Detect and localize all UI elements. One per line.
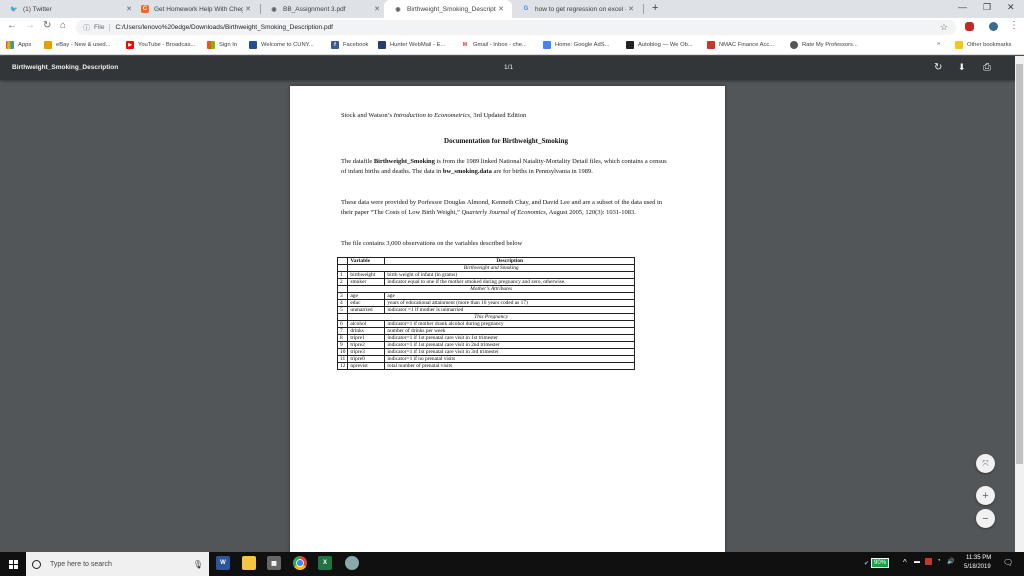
scheme-label: File bbox=[94, 24, 110, 31]
star-icon[interactable]: ☆ bbox=[940, 22, 948, 33]
print-icon[interactable]: ⎙ bbox=[983, 62, 991, 73]
page-indicator: 1/1 bbox=[504, 64, 513, 71]
network-icon[interactable]: ▬ bbox=[914, 559, 920, 565]
menu-icon[interactable]: ⋮ bbox=[1009, 20, 1019, 31]
wifi-icon[interactable]: ◔ bbox=[937, 558, 941, 564]
bookmark-google-adsense[interactable]: Home: Google AdS... bbox=[543, 41, 609, 49]
minimize-button[interactable]: — bbox=[958, 2, 967, 12]
excel-app-icon[interactable]: X bbox=[318, 556, 332, 570]
table-section-row: Mother’s Attributes bbox=[338, 286, 635, 293]
table-row: 2smokerindicator equal to one if the mot… bbox=[338, 279, 635, 286]
table-row: 10tripre3indicator=1 if 1st prenatal car… bbox=[338, 349, 635, 356]
search-input[interactable]: Type here to search bbox=[50, 561, 193, 568]
facebook-icon: f bbox=[331, 41, 339, 49]
cortana-icon bbox=[32, 560, 41, 569]
home-button[interactable]: ⌂ bbox=[60, 20, 66, 31]
variables-table: Variable Description Birthweight and Smo… bbox=[337, 257, 635, 370]
paragraph-observations: The file contains 3,000 observations on … bbox=[341, 239, 671, 249]
tab-strip: 🐦 (1) Twitter ✕ C Get Homework Help With… bbox=[0, 0, 1024, 18]
document-title: Documentation for Birthweight_Smoking bbox=[341, 137, 671, 147]
taskbar-search[interactable]: Type here to search 🎙 bbox=[26, 552, 209, 576]
globe-icon: ◉ bbox=[394, 5, 402, 13]
scrollbar-thumb[interactable] bbox=[1016, 64, 1023, 464]
table-section-row: Birthweight and Smoking bbox=[338, 265, 635, 272]
close-tab-icon[interactable]: ✕ bbox=[243, 5, 253, 13]
microsoft-icon bbox=[207, 41, 215, 49]
bookmark-facebook[interactable]: fFacebook bbox=[331, 41, 368, 49]
start-button[interactable] bbox=[9, 560, 18, 569]
table-row: 4educyears of educational attainment (mo… bbox=[338, 300, 635, 307]
google-icon: G bbox=[522, 5, 530, 13]
file-explorer-icon[interactable] bbox=[242, 556, 256, 570]
bookmark-nmac[interactable]: NMAC Finance Acc... bbox=[707, 41, 774, 49]
address-bar[interactable]: ⓘ File C:/Users/lenovo%20edge/Downloads/… bbox=[76, 20, 956, 35]
chrome-app-icon[interactable] bbox=[293, 556, 307, 570]
calculator-icon[interactable]: ▦ bbox=[267, 556, 281, 570]
zoom-out-button[interactable]: − bbox=[976, 509, 995, 528]
plus-icon: + bbox=[982, 490, 988, 502]
bookmark-youtube[interactable]: ▶YouTube - Broadcas... bbox=[126, 41, 195, 49]
chegg-icon: C bbox=[141, 5, 149, 13]
table-row: 5unmarriedindicator =1 if mother is unma… bbox=[338, 307, 635, 314]
bookmark-gmail[interactable]: MGmail - Inbox - che... bbox=[461, 41, 527, 49]
folder-icon bbox=[955, 41, 963, 49]
paragraph-provenance: These data were provided by Porfessor Do… bbox=[341, 198, 671, 217]
globe-icon bbox=[790, 41, 798, 49]
close-tab-icon[interactable]: ✕ bbox=[496, 5, 506, 13]
table-row: 11tripre0indicator=1 if no prenatal visi… bbox=[338, 356, 635, 363]
table-row: 8tripre1indicator=1 if 1st prenatal care… bbox=[338, 335, 635, 342]
pdf-page: Stock and Watson’s Introduction to Econo… bbox=[290, 86, 725, 556]
table-header-row: Variable Description bbox=[338, 258, 635, 265]
bookmarks-bar: Apps eBay - New & used... ▶YouTube - Bro… bbox=[0, 37, 1024, 55]
reload-button[interactable]: ↻ bbox=[43, 20, 51, 31]
close-window-button[interactable]: ✕ bbox=[1007, 2, 1015, 13]
table-section-row: This Pregnancy bbox=[338, 314, 635, 321]
clock-date[interactable]: 5/18/2019 bbox=[964, 564, 991, 570]
globe-icon: ◉ bbox=[270, 5, 278, 13]
chevron-up-icon[interactable]: ^ bbox=[903, 558, 907, 567]
tab-chegg[interactable]: C Get Homework Help With Chegg ✕ bbox=[131, 0, 259, 18]
section-title: Mother’s Attributes bbox=[348, 286, 635, 293]
url-text[interactable]: C:/Users/lenovo%20edge/Downloads/Birthwe… bbox=[115, 24, 333, 31]
clock-time[interactable]: 11:35 PM bbox=[966, 555, 991, 561]
bookmark-apps[interactable]: Apps bbox=[6, 41, 31, 49]
close-tab-icon[interactable]: ✕ bbox=[372, 5, 382, 13]
cuny-icon bbox=[249, 41, 257, 49]
bookmark-ebay[interactable]: eBay - New & used... bbox=[44, 41, 110, 49]
bookmarks-overflow[interactable]: » bbox=[937, 41, 940, 47]
tab-google-search[interactable]: G how to get regression on excel - ✕ bbox=[512, 0, 642, 18]
info-icon[interactable]: ⓘ bbox=[83, 23, 90, 33]
app-tray-icon[interactable] bbox=[925, 558, 932, 565]
forward-button[interactable]: → bbox=[25, 20, 35, 31]
bookmark-autoblog[interactable]: Autoblog — We Ob... bbox=[626, 41, 693, 49]
plug-icon: ✔ bbox=[864, 560, 869, 567]
battery-indicator[interactable]: ✔ 90% bbox=[864, 558, 889, 568]
word-app-icon[interactable]: W bbox=[216, 556, 230, 570]
battery-level: 90% bbox=[871, 558, 889, 568]
browser-toolbar: ← → ↻ ⌂ ⓘ File C:/Users/lenovo%20edge/Do… bbox=[0, 18, 1024, 37]
other-bookmarks[interactable]: Other bookmarks bbox=[955, 41, 1011, 49]
tab-bb-assignment[interactable]: ◉ BB_Assignment 3.pdf ✕ bbox=[260, 0, 388, 18]
tab-twitter[interactable]: 🐦 (1) Twitter ✕ bbox=[0, 0, 140, 18]
twitter-icon: 🐦 bbox=[10, 5, 18, 13]
close-tab-icon[interactable]: ✕ bbox=[626, 5, 636, 13]
hunter-icon bbox=[378, 41, 386, 49]
bookmark-hunter-webmail[interactable]: Hunter WebMail - E... bbox=[378, 41, 445, 49]
new-tab-button[interactable]: + bbox=[652, 2, 658, 14]
rotate-icon[interactable]: ↻ bbox=[934, 62, 942, 73]
table-row: 7drinksnumber of drinks per week bbox=[338, 328, 635, 335]
apps-grid-icon bbox=[6, 41, 14, 49]
section-title: Birthweight and Smoking bbox=[348, 265, 635, 272]
fit-page-button[interactable]: ⤧ bbox=[976, 454, 995, 473]
pdf-toolbar: Birthweight_Smoking_Description 1/1 ↻ ⬇ … bbox=[0, 56, 1024, 80]
paint-app-icon[interactable] bbox=[345, 556, 359, 570]
back-button[interactable]: ← bbox=[7, 20, 17, 31]
table-row: 12nprevisttotal number of prenatal visit… bbox=[338, 363, 635, 370]
section-title: This Pregnancy bbox=[348, 314, 635, 321]
download-icon[interactable]: ⬇ bbox=[958, 62, 966, 73]
profile-avatar[interactable] bbox=[989, 22, 998, 31]
table-row: 9tripre2indicator=1 if 1st prenatal care… bbox=[338, 342, 635, 349]
taskbar: Type here to search 🎙 W ▦ X ✔ 90% ^ ▬ ◔ … bbox=[0, 552, 1024, 576]
gmail-icon: M bbox=[461, 41, 469, 49]
bookmark-sign-in[interactable]: Sign In bbox=[207, 41, 237, 49]
notifications-icon[interactable]: 🗨 bbox=[1003, 558, 1013, 567]
tab-birthweight[interactable]: ◉ Birthweight_Smoking_Description ✕ bbox=[384, 0, 512, 18]
nmac-icon bbox=[707, 41, 715, 49]
bookmark-rate-my-professors[interactable]: Rate My Professors... bbox=[790, 41, 858, 49]
ebay-icon bbox=[44, 41, 52, 49]
adsense-icon bbox=[543, 41, 551, 49]
volume-icon[interactable]: 🔊 bbox=[947, 558, 954, 565]
autoblog-icon bbox=[626, 41, 634, 49]
bookmark-cuny[interactable]: Welcome to CUNY... bbox=[249, 41, 314, 49]
table-row: 3ageage bbox=[338, 293, 635, 300]
youtube-icon: ▶ bbox=[126, 41, 134, 49]
minus-icon: − bbox=[982, 513, 988, 525]
table-row: 1birthweightbirth weight of infant (in g… bbox=[338, 272, 635, 279]
extension-shield-icon[interactable] bbox=[965, 22, 974, 31]
fit-page-icon: ⤧ bbox=[982, 459, 988, 469]
zoom-in-button[interactable]: + bbox=[976, 486, 995, 505]
tab-separator bbox=[643, 4, 644, 14]
table-row: 6alcoholindicator=1 if mother drank alco… bbox=[338, 321, 635, 328]
document-header: Stock and Watson’s Introduction to Econo… bbox=[341, 111, 671, 121]
microphone-icon[interactable]: 🎙 bbox=[193, 560, 203, 569]
pdf-title: Birthweight_Smoking_Description bbox=[12, 64, 118, 71]
maximize-button[interactable]: ❐ bbox=[983, 2, 991, 13]
paragraph-datafile: The datafile Birthweight_Smoking is from… bbox=[341, 157, 671, 176]
